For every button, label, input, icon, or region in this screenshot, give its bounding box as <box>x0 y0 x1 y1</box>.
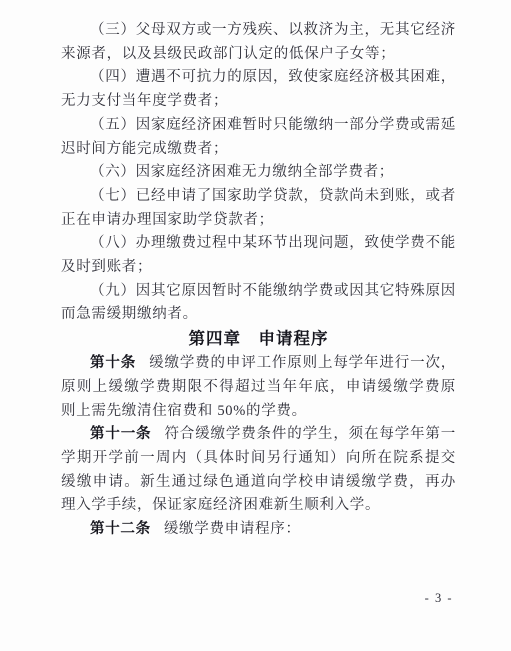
article-12: 第十二条缓缴学费申请程序： <box>61 518 456 542</box>
clause-8: （八）办理缴费过程中某环节出现问题，致使学费不能及时到账者； <box>61 232 456 279</box>
article-11: 第十一条符合缓缴学费条件的学生，须在每学年第一学期开学前一周内（具体时间另行通知… <box>61 423 456 518</box>
article-10: 第十条缓缴学费的申评工作原则上每学年进行一次，原则上缓缴学费期限不得超过当年年底… <box>61 352 456 423</box>
article-12-text: 缓缴学费申请程序： <box>164 521 301 537</box>
clause-7: （七）已经申请了国家助学贷款，贷款尚未到账，或者正在申请办理国家助学贷款者； <box>61 185 456 232</box>
article-10-label: 第十条 <box>90 355 136 371</box>
chapter-heading: 第四章 申请程序 <box>61 327 456 352</box>
page-number: - 3 - <box>425 591 453 606</box>
article-11-label: 第十一条 <box>90 426 151 442</box>
clause-5: （五）因家庭经济困难暂时只能缴纳一部分学费或需延迟时间方能完成缴费者； <box>61 114 456 161</box>
clause-3: （三）父母双方或一方残疾、以救济为主，无其它经济来源者，以及县级民政部门认定的低… <box>61 19 456 66</box>
clause-4: （四）遭遇不可抗力的原因，致使家庭经济极其困难，无力支付当年度学费者； <box>61 66 456 113</box>
clause-9: （九）因其它原因暂时不能缴纳学费或因其它特殊原因而急需缓期缴纳者。 <box>61 280 456 327</box>
document-page: （三）父母双方或一方残疾、以救济为主，无其它经济来源者，以及县级民政部门认定的低… <box>0 0 511 651</box>
article-12-label: 第十二条 <box>90 521 151 537</box>
document-body: （三）父母双方或一方残疾、以救济为主，无其它经济来源者，以及县级民政部门认定的低… <box>61 19 456 542</box>
clause-6: （六）因家庭经济困难无力缴纳全部学费者； <box>61 161 456 185</box>
